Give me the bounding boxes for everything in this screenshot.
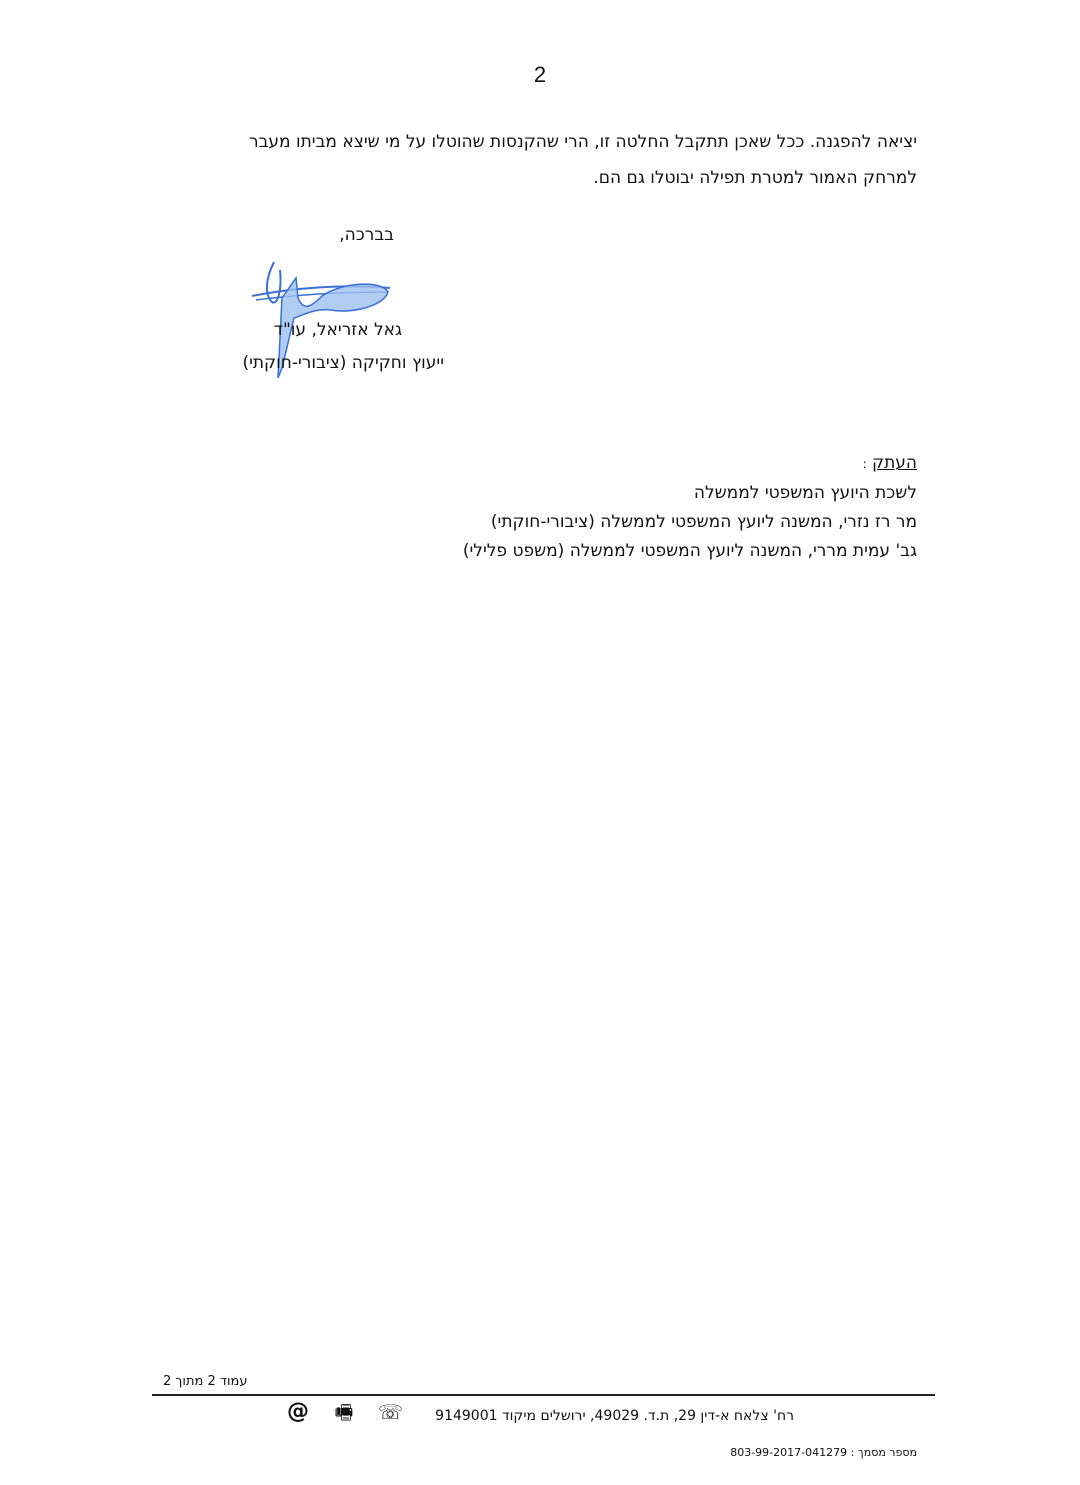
footer-divider	[152, 1394, 935, 1396]
cc-heading-row: העתק :	[317, 449, 917, 479]
footer-contact-icons: @ 🖷 ☏	[286, 1400, 402, 1424]
email-icon: @	[286, 1400, 310, 1424]
paragraph-line: יציאה להפגנה. ככל שאכן תתקבל החלטה זו, ה…	[157, 124, 917, 160]
signer-name: גאל אזריאל, עו"ד	[274, 320, 402, 340]
footer-address: רח' צלאח א-דין 29, ת.ד. 49029, ירושלים מ…	[435, 1408, 794, 1424]
body-paragraph: יציאה להפגנה. ככל שאכן תתקבל החלטה זו, ה…	[157, 124, 917, 196]
cc-heading: העתק	[872, 453, 917, 473]
paragraph-line: למרחק האמור למטרת תפילה יבוטלו גם הם.	[157, 160, 917, 196]
page-number: 2	[0, 62, 1080, 88]
closing-greeting: בברכה,	[339, 225, 394, 245]
document-number: מספר מסמך : 803-99-2017-041279	[730, 1446, 917, 1459]
doc-number-value: 803-99-2017-041279	[730, 1446, 847, 1459]
signer-title: ייעוץ וחקיקה (ציבורי-חוקתי)	[242, 353, 444, 373]
fax-icon: 🖷	[332, 1400, 356, 1424]
cc-recipient: מר רז נזרי, המשנה ליועץ המשפטי לממשלה (צ…	[317, 508, 917, 537]
cc-recipient: לשכת היועץ המשפטי לממשלה	[317, 479, 917, 508]
phone-icon: ☏	[378, 1400, 402, 1424]
cc-heading-colon: :	[863, 457, 867, 471]
footer-page-count: עמוד 2 מתוך 2	[163, 1374, 247, 1389]
doc-number-label: מספר מסמך :	[851, 1446, 917, 1459]
cc-recipient: גב' עמית מררי, המשנה ליועץ המשפטי לממשלה…	[317, 537, 917, 566]
cc-section: העתק : לשכת היועץ המשפטי לממשלה מר רז נז…	[317, 449, 917, 566]
